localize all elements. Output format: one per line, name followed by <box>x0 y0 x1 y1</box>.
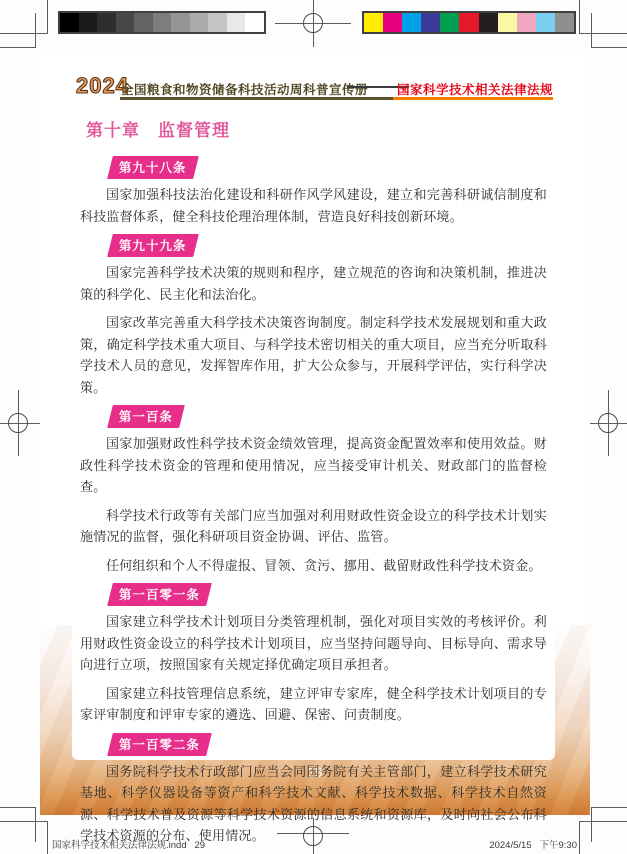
crop-mark <box>0 821 47 822</box>
article-number-label: 第九十九条 <box>119 239 187 253</box>
grayscale-swatch <box>116 13 135 32</box>
crop-mark <box>0 47 35 48</box>
grayscale-swatch <box>79 13 98 32</box>
grayscale-swatch <box>97 13 116 32</box>
article-section: 第一百零一条 国家建立科学技术计划项目分类管理机制，强化对项目实效的考核评价。利… <box>80 583 547 726</box>
article-paragraph: 国家加强财政性科学技术资金绩效管理，提高资金配置效率和使用效益。财政性科学技术资… <box>80 433 547 498</box>
crop-mark <box>35 13 36 48</box>
article-paragraph: 任何组织和个人不得虚报、冒领、贪污、挪用、截留财政性科学技术资金。 <box>80 555 547 577</box>
header-underline-olive <box>120 97 393 100</box>
article-paragraphs: 国务院科学技术行政部门应当会同国务院有关主管部门，建立科学技术研究基地、科学仪器… <box>80 761 547 847</box>
color-calibration-bar <box>362 11 576 34</box>
grayscale-swatch <box>60 13 79 32</box>
content-box: 第十章 监督管理 第九十八条 国家加强科技法治化建设和科研作风学风建设，建立和完… <box>72 105 555 760</box>
article-paragraph: 国务院科学技术行政部门应当会同国务院有关主管部门，建立科学技术研究基地、科学仪器… <box>80 761 547 847</box>
color-swatch <box>383 13 402 32</box>
grayscale-swatch <box>245 13 264 32</box>
grayscale-swatch <box>134 13 153 32</box>
crop-mark <box>591 807 592 842</box>
crop-mark <box>579 33 627 34</box>
article-number-label: 第一百条 <box>119 410 173 424</box>
crop-mark <box>591 13 592 48</box>
color-swatch <box>517 13 536 32</box>
color-swatch <box>440 13 459 32</box>
article-paragraph: 国家完善科学技术决策的规则和程序，建立规范的咨询和决策机制，推进决策的科学化、民… <box>80 262 547 305</box>
header-section-title: 国家科学技术相关法律法规 <box>397 80 553 98</box>
articles-list: 第九十八条 国家加强科技法治化建设和科研作风学风建设，建立和完善科研诚信制度和科… <box>80 156 547 847</box>
article-paragraphs: 国家加强科技法治化建设和科研作风学风建设，建立和完善科研诚信制度和科技监督体系，… <box>80 184 547 227</box>
chapter-title: 第十章 监督管理 <box>86 119 547 143</box>
crop-mark <box>591 807 627 808</box>
color-swatch <box>536 13 555 32</box>
color-swatch <box>459 13 478 32</box>
color-swatch <box>555 13 574 32</box>
article-paragraph: 国家改革完善重大科学技术决策咨询制度。制定科学技术发展规划和重大政策，确定科学技… <box>80 312 547 398</box>
article-number-badge: 第一百零二条 <box>107 733 212 756</box>
article-paragraphs: 国家加强财政性科学技术资金绩效管理，提高资金配置效率和使用效益。财政性科学技术资… <box>80 433 547 576</box>
crop-mark <box>35 807 36 842</box>
crop-mark <box>0 33 47 34</box>
page: 2024 全国粮食和物资储备科技活动周科普宣传册 国家科学技术相关法律法规 29… <box>40 55 590 815</box>
article-section: 第九十八条 国家加强科技法治化建设和科研作风学风建设，建立和完善科研诚信制度和科… <box>80 156 547 227</box>
header-underline-orange <box>393 97 553 100</box>
article-paragraphs: 国家建立科学技术计划项目分类管理机制，强化对项目实效的考核评价。利用财政性资金设… <box>80 611 547 726</box>
article-section: 第一百零二条 国务院科学技术行政部门应当会同国务院有关主管部门，建立科学技术研究… <box>80 733 547 847</box>
article-paragraph: 国家建立科学技术计划项目分类管理机制，强化对项目实效的考核评价。利用财政性资金设… <box>80 611 547 676</box>
crop-mark <box>47 821 48 854</box>
article-paragraphs: 国家完善科学技术决策的规则和程序，建立规范的咨询和决策机制，推进决策的科学化、民… <box>80 262 547 398</box>
grayscale-swatch <box>153 13 172 32</box>
crop-mark <box>47 0 48 34</box>
article-number-badge: 第九十九条 <box>107 234 198 257</box>
grayscale-calibration-bar <box>58 11 266 34</box>
grayscale-swatch <box>227 13 246 32</box>
color-swatch <box>479 13 498 32</box>
crop-mark <box>0 807 35 808</box>
grayscale-swatch <box>208 13 227 32</box>
article-section: 第一百条 国家加强财政性科学技术资金绩效管理，提高资金配置效率和使用效益。财政性… <box>80 405 547 576</box>
color-swatch <box>421 13 440 32</box>
header-booklet-title: 全国粮食和物资储备科技活动周科普宣传册 <box>121 80 368 98</box>
article-number-badge: 第一百零一条 <box>107 583 212 606</box>
article-number-badge: 第一百条 <box>107 405 185 428</box>
article-number-badge: 第九十八条 <box>107 156 198 179</box>
color-swatch <box>498 13 517 32</box>
printed-page-scan: 2024 全国粮食和物资储备科技活动周科普宣传册 国家科学技术相关法律法规 29… <box>0 0 627 854</box>
article-number-label: 第一百零二条 <box>119 737 200 751</box>
article-number-label: 第一百零一条 <box>119 588 200 602</box>
color-swatch <box>402 13 421 32</box>
grayscale-swatch <box>171 13 190 32</box>
crop-mark <box>591 47 627 48</box>
color-swatch <box>364 13 383 32</box>
article-paragraph: 国家加强科技法治化建设和科研作风学风建设，建立和完善科研诚信制度和科技监督体系，… <box>80 184 547 227</box>
crop-mark <box>579 0 580 34</box>
grayscale-swatch <box>190 13 209 32</box>
article-section: 第九十九条 国家完善科学技术决策的规则和程序，建立规范的咨询和决策机制，推进决策… <box>80 234 547 398</box>
article-paragraph: 科学技术行政等有关部门应当加强对利用财政性资金设立的科学技术计划实施情况的监督，… <box>80 505 547 548</box>
crop-mark <box>579 821 627 822</box>
article-paragraph: 国家建立科技管理信息系统，建立评审专家库，健全科学技术计划项目的专家评审制度和评… <box>80 683 547 726</box>
article-number-label: 第九十八条 <box>119 161 187 175</box>
crop-mark <box>579 821 580 854</box>
